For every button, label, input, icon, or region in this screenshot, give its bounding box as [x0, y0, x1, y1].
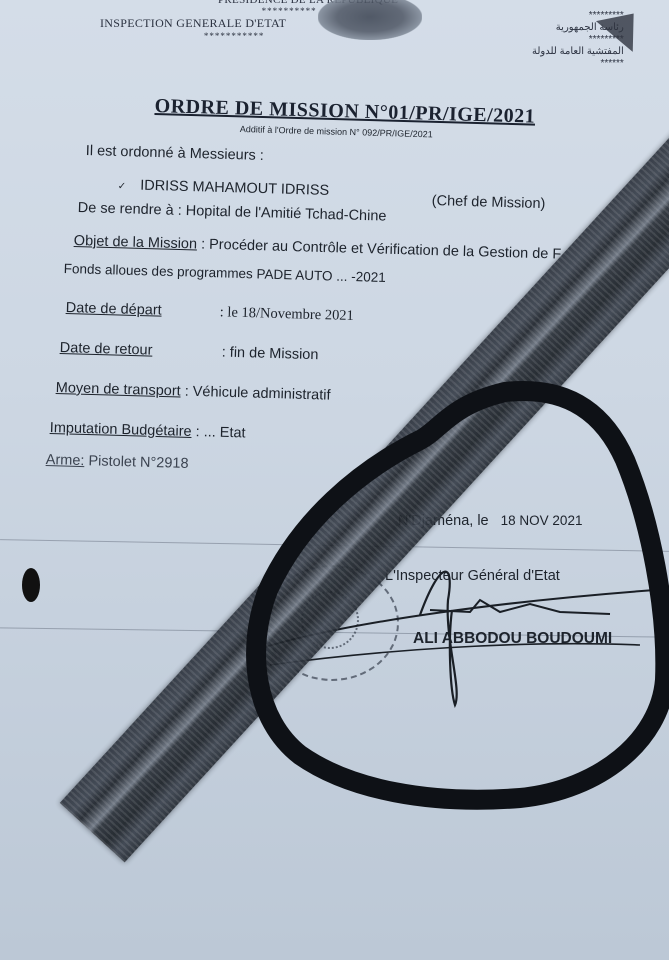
- marker-dot-icon: [22, 568, 40, 602]
- document-page: PRÉSIDENCE DE LA RÉPUBLIQUE ********** I…: [0, 0, 669, 960]
- marker-circle-icon: [0, 0, 669, 960]
